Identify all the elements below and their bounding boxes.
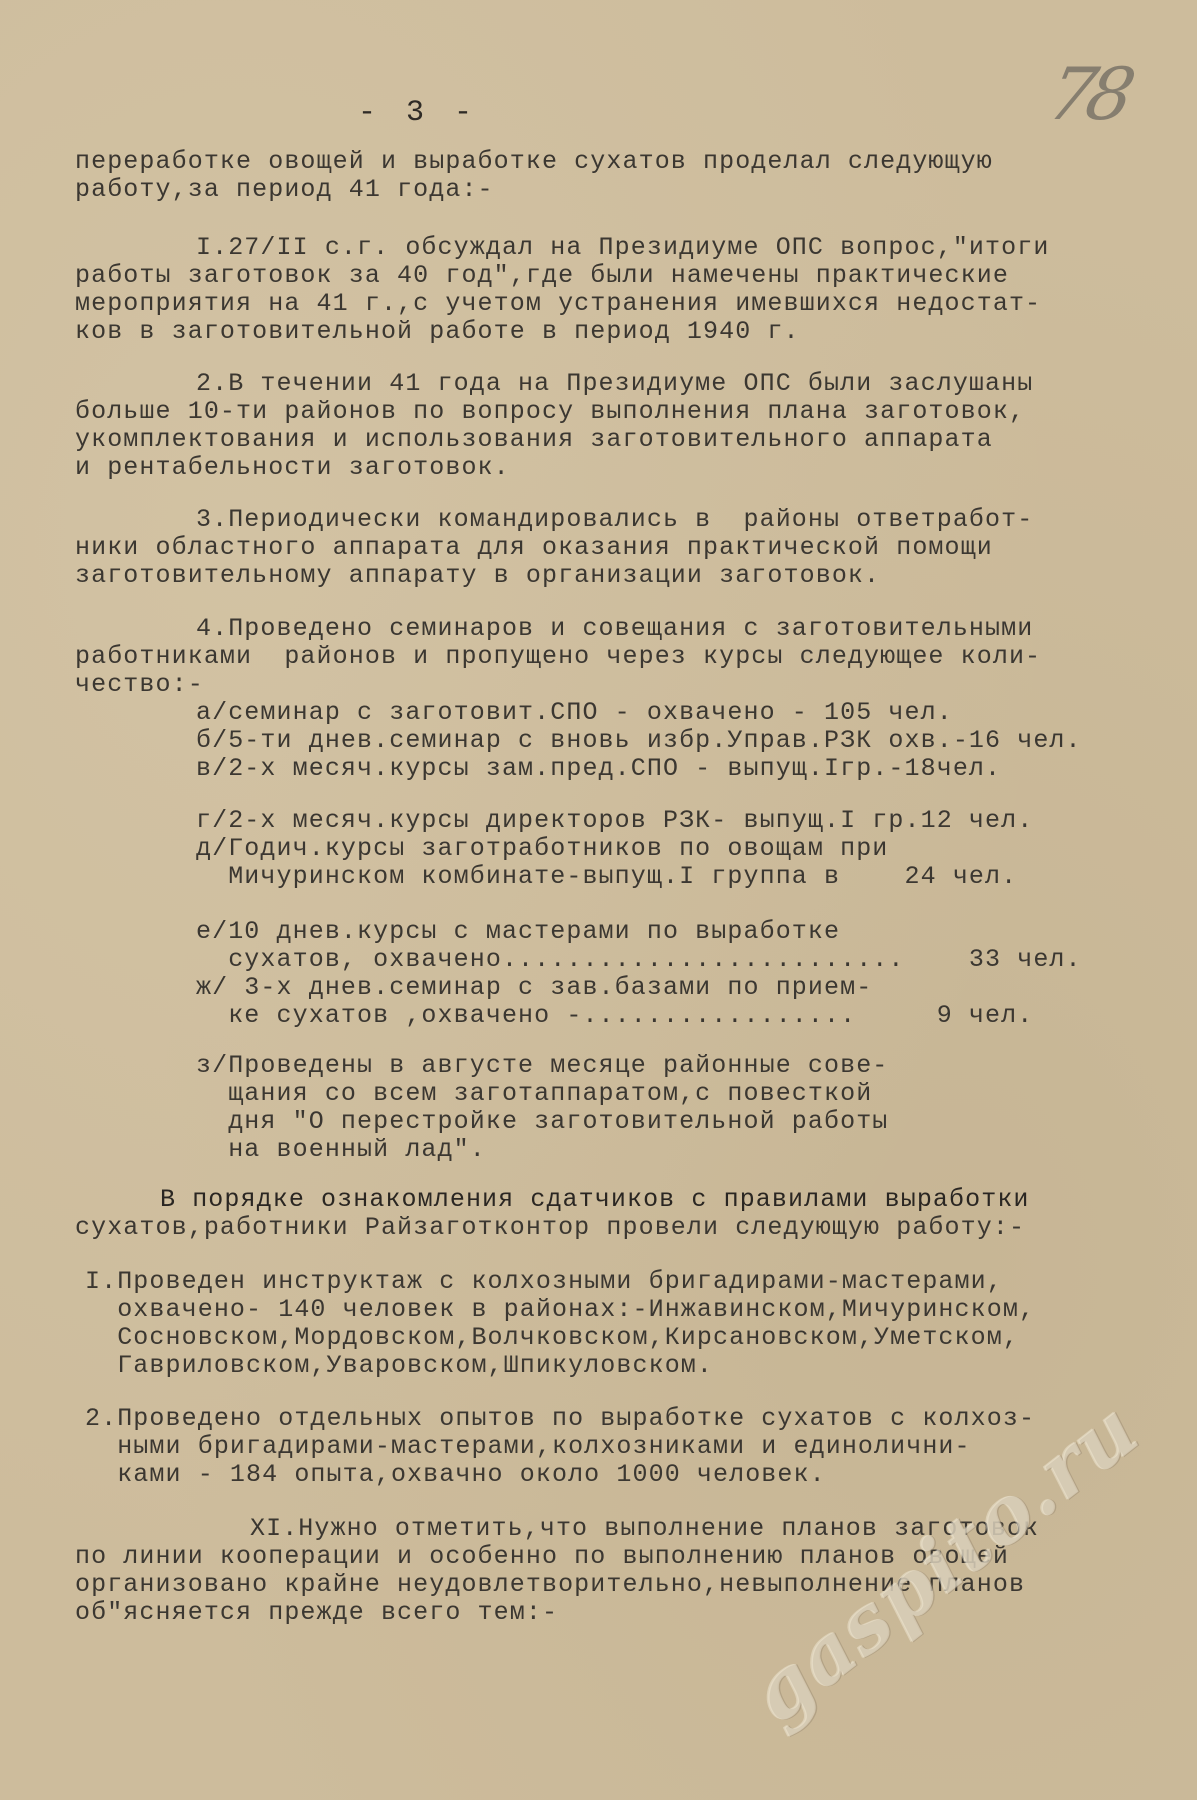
list2-item1-line-3: Сосновском,Мордовском,Волчковском,Кирсан…	[85, 1324, 1019, 1352]
intro-line-1: переработке овощей и выработке сухатов п…	[75, 148, 993, 176]
list2-item2-line-2: ными бригадирами-мастерами,колхозниками …	[85, 1433, 971, 1461]
item4-sub-v: в/2-х месяч.курсы зам.пред.СПО - выпущ.I…	[196, 755, 1001, 783]
item4-sub-e-line-1: е/10 днев.курсы с мастерами по выработке	[196, 918, 840, 946]
item4-sub-zh-line-1: ж/ 3-х днев.семинар с зав.базами по прие…	[196, 974, 872, 1002]
list2-item2-line-3: ками - 184 опыта,охвачно около 1000 чело…	[85, 1461, 826, 1489]
item1-line-1: I.27/II с.г. обсуждал на Президиуме ОПС …	[196, 234, 1049, 262]
list2-item1-line-1: I.Проведен инструктаж с колхозными брига…	[85, 1268, 1003, 1296]
item2-line-4: и рентабельности заготовок.	[75, 454, 510, 482]
intro-line-2: работу,за период 41 года:-	[75, 176, 494, 204]
item1-line-2: работы заготовок за 40 год",где были нам…	[75, 262, 1009, 290]
section-xi-line-4: об"ясняется прежде всего тем:-	[75, 1599, 558, 1627]
item4-sub-e-line-2: сухатов, охвачено.......................…	[196, 946, 1082, 974]
page-number: - 3 -	[358, 96, 478, 130]
item1-line-3: мероприятия на 41 г.,с учетом устранения…	[75, 290, 1041, 318]
item2-line-3: укомплектования и использования заготови…	[75, 426, 993, 454]
item4-sub-d-line-1: д/Годич.курсы заготработников по овощам …	[196, 835, 888, 863]
list2-item1-line-2: охвачено- 140 человек в районах:-Инжавин…	[85, 1296, 1035, 1324]
item4-line-2: работниками районов и пропущено через ку…	[75, 643, 1041, 671]
item4-sub-z-line-4: на военный лад".	[196, 1136, 486, 1164]
item1-line-4: ков в заготовительной работе в период 19…	[75, 318, 800, 346]
item3-line-1: 3.Периодически командировались в районы …	[196, 506, 1033, 534]
item4-sub-d-line-2: Мичуринском комбинате-выпущ.I группа в 2…	[196, 863, 1017, 891]
item4-sub-z-line-3: дня "О перестройке заготовительной работ…	[196, 1108, 888, 1136]
item4-line-3: чество:-	[75, 671, 204, 699]
item3-line-3: заготовительному аппарату в организации …	[75, 562, 880, 590]
list2-item1-line-4: Гавриловском,Уваровском,Шпикуловском.	[85, 1352, 713, 1380]
item4-sub-z-line-2: щания со всем заготаппаратом,с повесткой	[196, 1080, 872, 1108]
item2-line-2: больше 10-ти районов по вопросу выполнен…	[75, 398, 1025, 426]
item4-sub-g: г/2-х месяч.курсы директоров РЗК- выпущ.…	[196, 807, 1033, 835]
paragraph-sdatchikov-line-2: сухатов,работники Райзаготконтор провели…	[75, 1214, 1025, 1242]
item3-line-2: ники областного аппарата для оказания пр…	[75, 534, 993, 562]
item4-sub-b: б/5-ти днев.семинар с вновь избр.Управ.Р…	[196, 727, 1082, 755]
paragraph-sdatchikov-line-1: В порядке ознакомления сдатчиков с прави…	[160, 1186, 1030, 1214]
item4-sub-z-line-1: з/Проведены в августе месяце районные со…	[196, 1052, 888, 1080]
item4-line-1: 4.Проведено семинаров и совещания с заго…	[196, 615, 1033, 643]
item2-line-1: 2.В течении 41 года на Президиуме ОПС бы…	[196, 370, 1033, 398]
item4-sub-a: а/семинар с заготовит.СПО - охвачено - 1…	[196, 699, 953, 727]
item4-sub-zh-line-2: ке сухатов ,охвачено -................. …	[196, 1002, 1033, 1030]
list2-item2-line-1: 2.Проведено отдельных опытов по выработк…	[85, 1405, 1035, 1433]
